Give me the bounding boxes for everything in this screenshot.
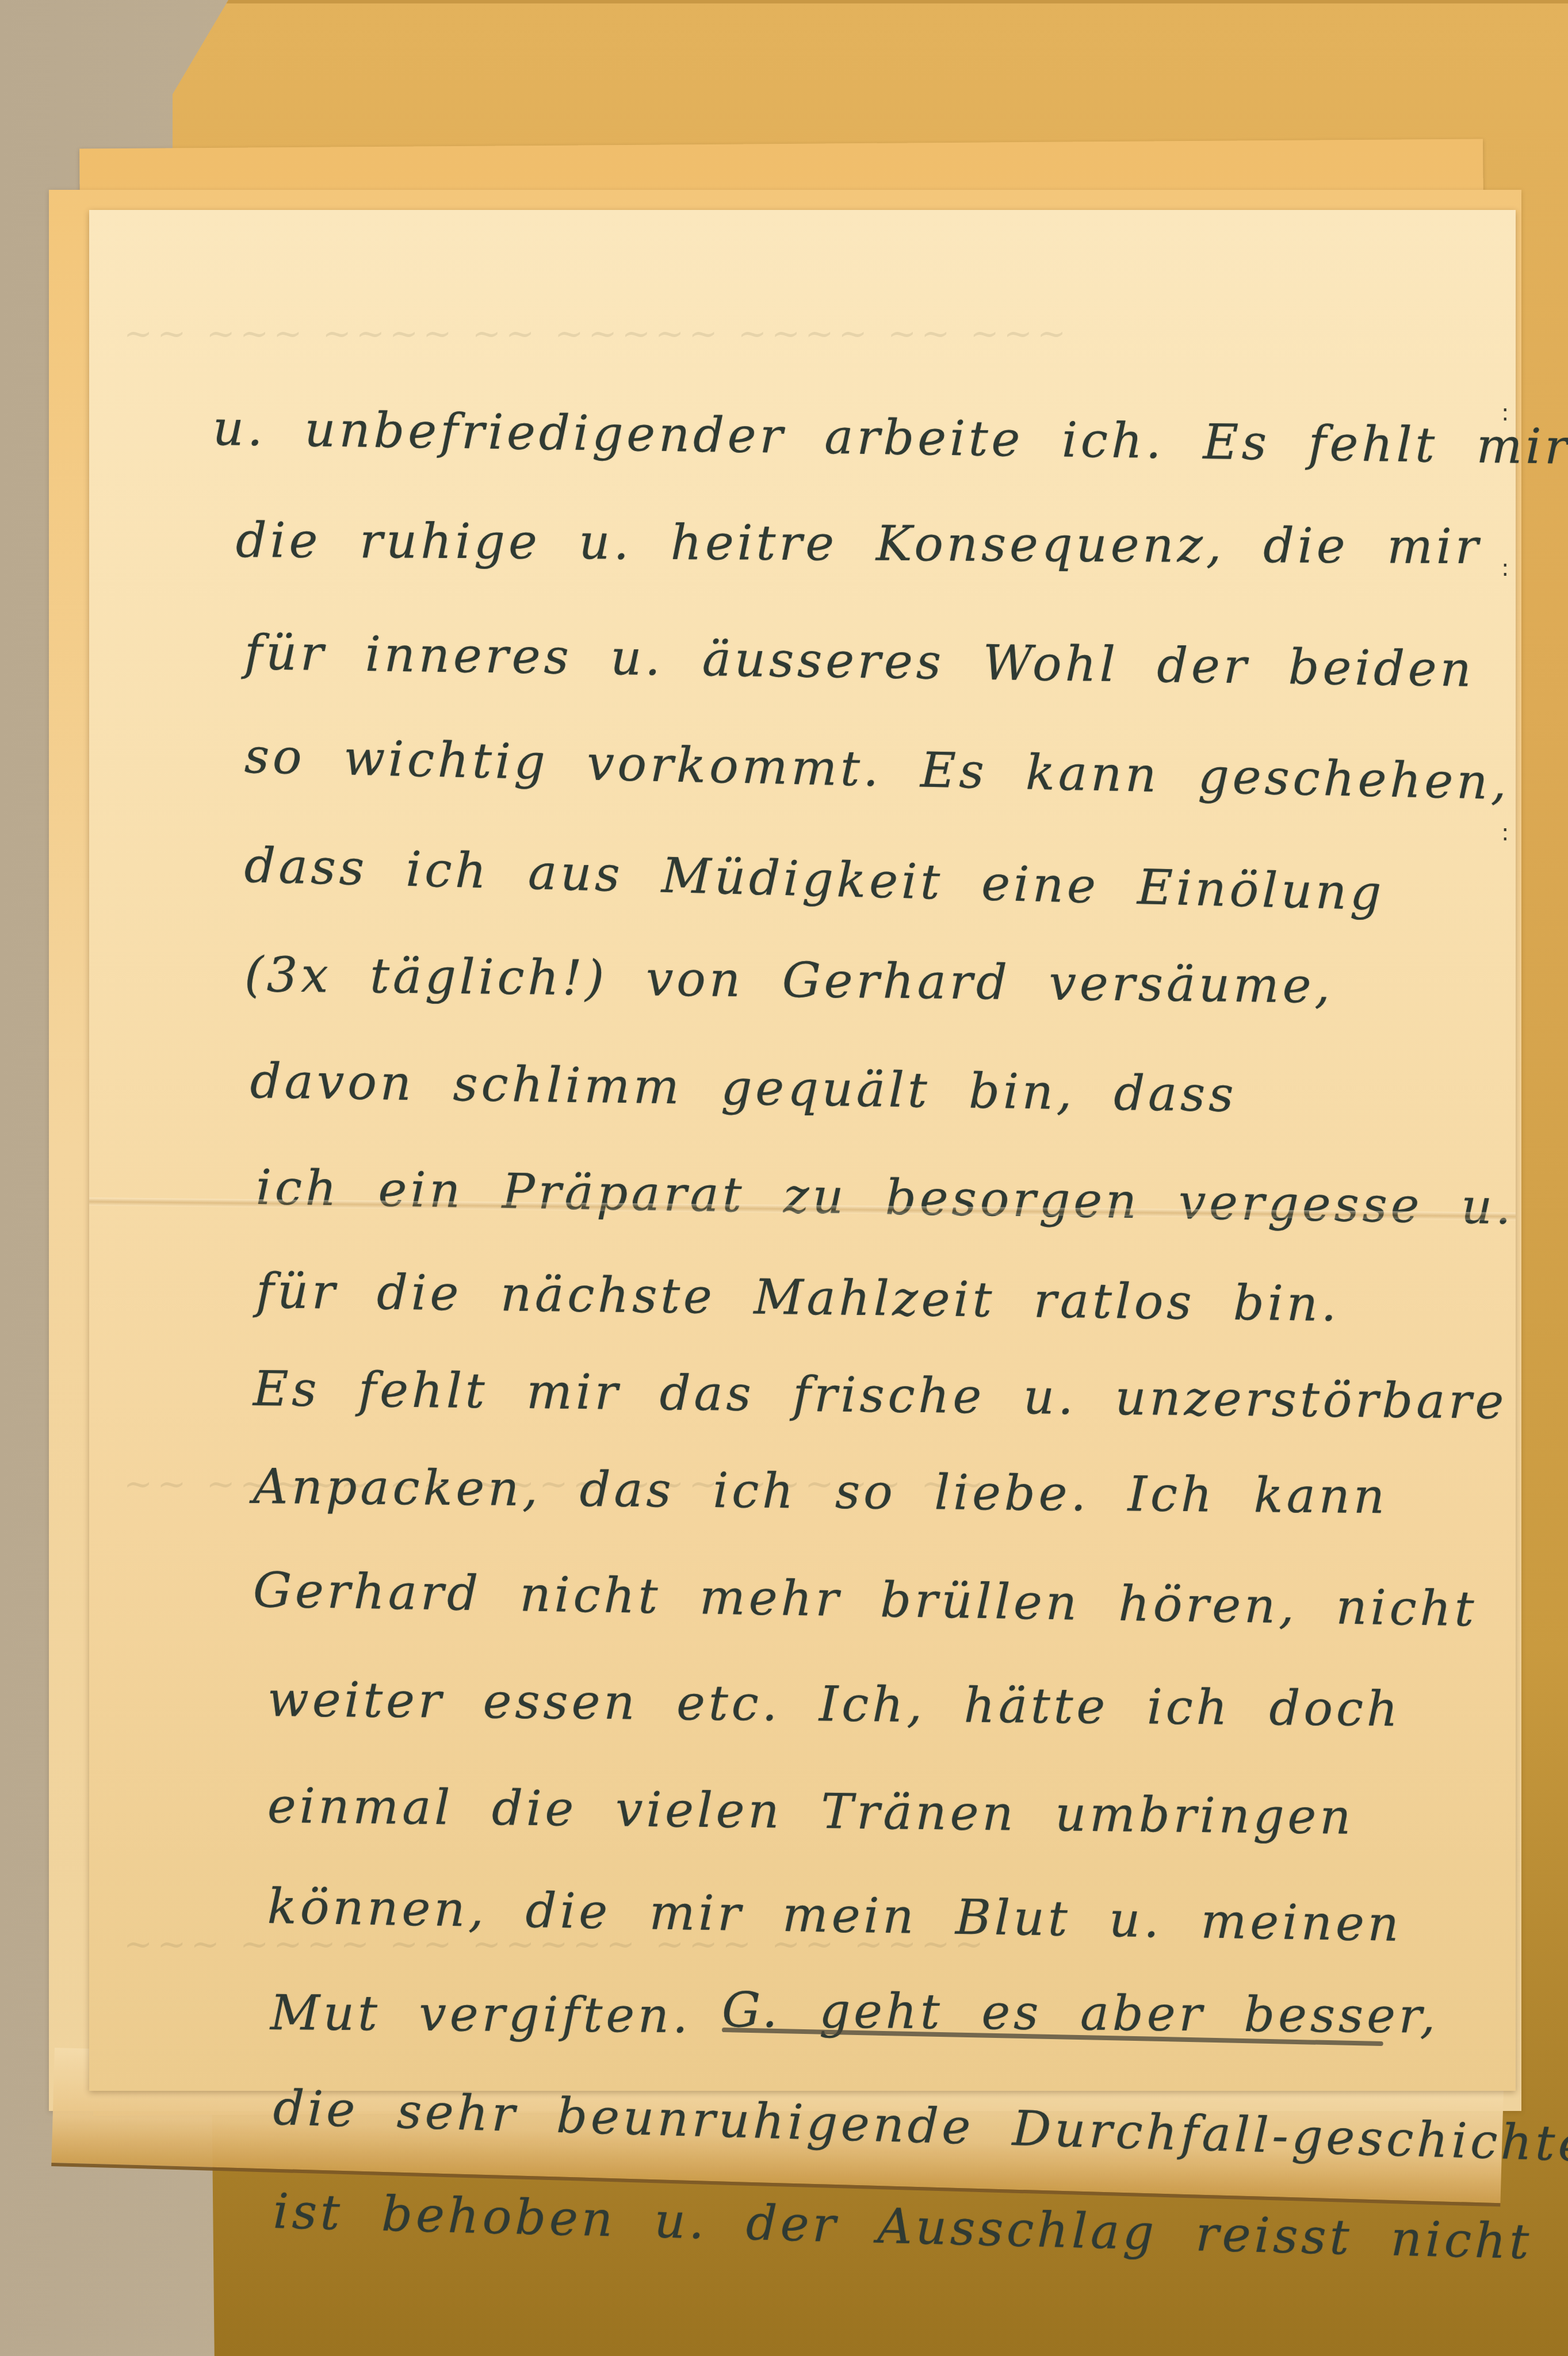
letter-page: ~~ ~~~ ~~~~ ~~ ~~~~~ ~~~~ ~~ ~~~ ~~ ~~~~… (89, 210, 1516, 2091)
letter-line: Gerhard nicht mehr brüllen hören, nicht (253, 1562, 1478, 1637)
letter-line: (3x täglich!) von Gerhard versäume, (244, 946, 1333, 1014)
bleed-through-text: ~~ ~~~ ~~~~ ~~ ~~~~~ ~~~~ ~~ ~~~ (124, 313, 1447, 348)
letter-line: Es fehlt mir das frische u. unzerstörbar… (253, 1360, 1507, 1430)
letter-line: dass ich aus Müdigkeit eine Einölung (244, 837, 1386, 921)
letter-line: so wichtig vorkommt. Es kann geschehen, (244, 728, 1510, 810)
folder-edge (173, 0, 1568, 3)
letter-line: davon schlimm gequält bin, dass (250, 1053, 1237, 1123)
letter-line: die ruhige u. heitre Konsequenz, die mir (236, 512, 1482, 575)
letter-line: weiter essen etc. Ich, hätte ich doch (267, 1671, 1402, 1737)
letter-line: Mut vergiften. (270, 1984, 692, 2044)
letter-line: für die nächste Mahlzeit ratlos bin. (255, 1263, 1340, 1332)
letter-line: Anpacken, das ich so liebe. Ich kann (253, 1458, 1389, 1524)
margin-mark: : (1501, 400, 1509, 426)
letter-line: einmal die vielen Tränen umbringen (267, 1777, 1354, 1845)
margin-mark: : (1501, 820, 1509, 846)
letter-line: für inneres u. äusseres Wohl der beiden (244, 624, 1475, 698)
letter-line: ich ein Präparat zu besorgen vergesse u. (255, 1159, 1515, 1235)
margin-mark: : (1501, 555, 1509, 582)
letter-line: u. unbefriedigender arbeite ich. Es fehl… (212, 400, 1568, 475)
